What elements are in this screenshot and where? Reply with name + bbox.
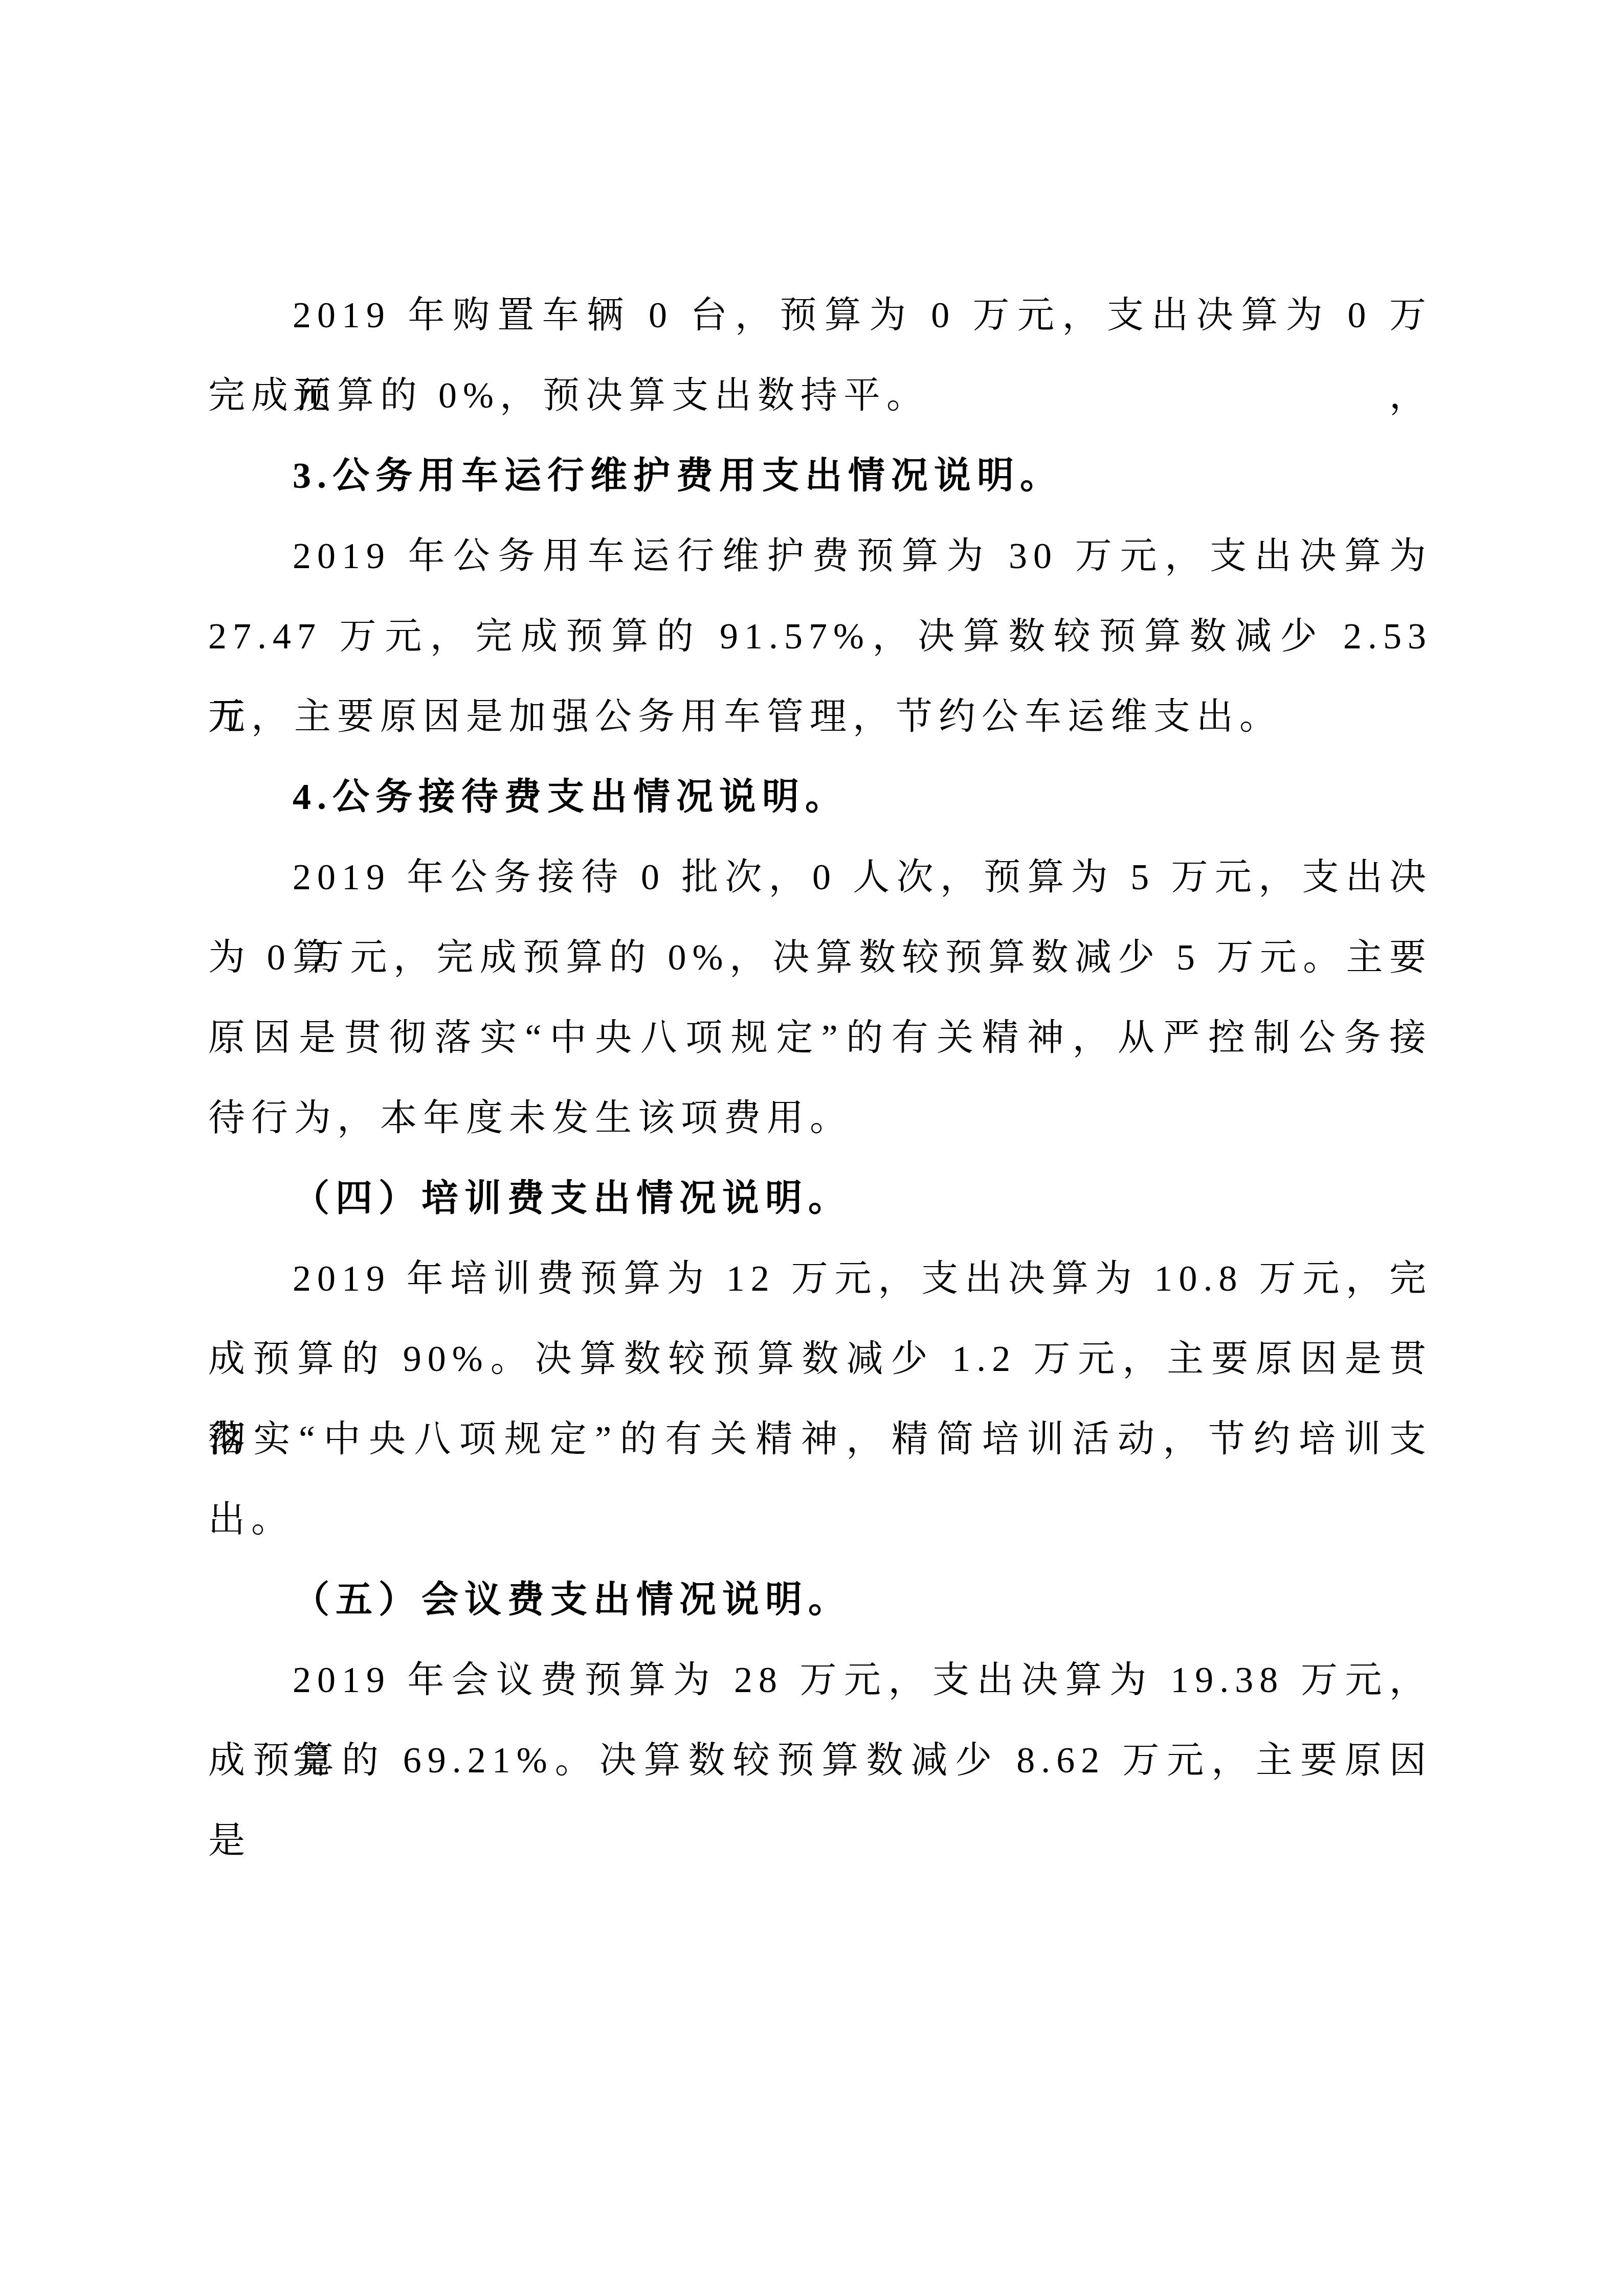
body-line: 2019 年培训费预算为 12 万元，支出决算为 10.8 万元，完 xyxy=(208,1239,1432,1319)
document-page: 2019 年购置车辆 0 台，预算为 0 万元，支出决算为 0 万元， 完成预算… xyxy=(0,0,1624,2296)
document-text-block: 2019 年购置车辆 0 台，预算为 0 万元，支出决算为 0 万元， 完成预算… xyxy=(208,275,1432,1800)
section-heading-meeting-expenses: （五）会议费支出情况说明。 xyxy=(208,1560,1432,1640)
body-line: 成预算的 90%。决算数较预算数减少 1.2 万元，主要原因是贯彻 xyxy=(208,1319,1432,1399)
body-line: 出。 xyxy=(208,1479,1432,1560)
body-line: 为 0 万元，完成预算的 0%，决算数较预算数减少 5 万元。主要 xyxy=(208,917,1432,998)
body-line: 27.47 万元，完成预算的 91.57%，决算数较预算数减少 2.53 万 xyxy=(208,596,1432,677)
section-heading-vehicle-maintenance: 3.公务用车运行维护费用支出情况说明。 xyxy=(208,436,1432,516)
body-line: 待行为，本年度未发生该项费用。 xyxy=(208,1078,1432,1158)
body-line: 落实“中央八项规定”的有关精神，精简培训活动，节约培训支 xyxy=(208,1399,1432,1479)
body-line: 2019 年购置车辆 0 台，预算为 0 万元，支出决算为 0 万元， xyxy=(208,275,1432,355)
body-line: 元，主要原因是加强公务用车管理，节约公车运维支出。 xyxy=(208,677,1432,757)
section-heading-training-expenses: （四）培训费支出情况说明。 xyxy=(208,1158,1432,1239)
body-line: 2019 年公务接待 0 批次，0 人次，预算为 5 万元，支出决算 xyxy=(208,837,1432,917)
body-line: 2019 年公务用车运行维护费预算为 30 万元，支出决算为 xyxy=(208,516,1432,596)
body-line: 成预算的 69.21%。决算数较预算数减少 8.62 万元，主要原因是 xyxy=(208,1720,1432,1800)
body-line: 原因是贯彻落实“中央八项规定”的有关精神，从严控制公务接 xyxy=(208,998,1432,1078)
body-line: 2019 年会议费预算为 28 万元，支出决算为 19.38 万元，完 xyxy=(208,1640,1432,1720)
section-heading-official-reception: 4.公务接待费支出情况说明。 xyxy=(208,757,1432,837)
